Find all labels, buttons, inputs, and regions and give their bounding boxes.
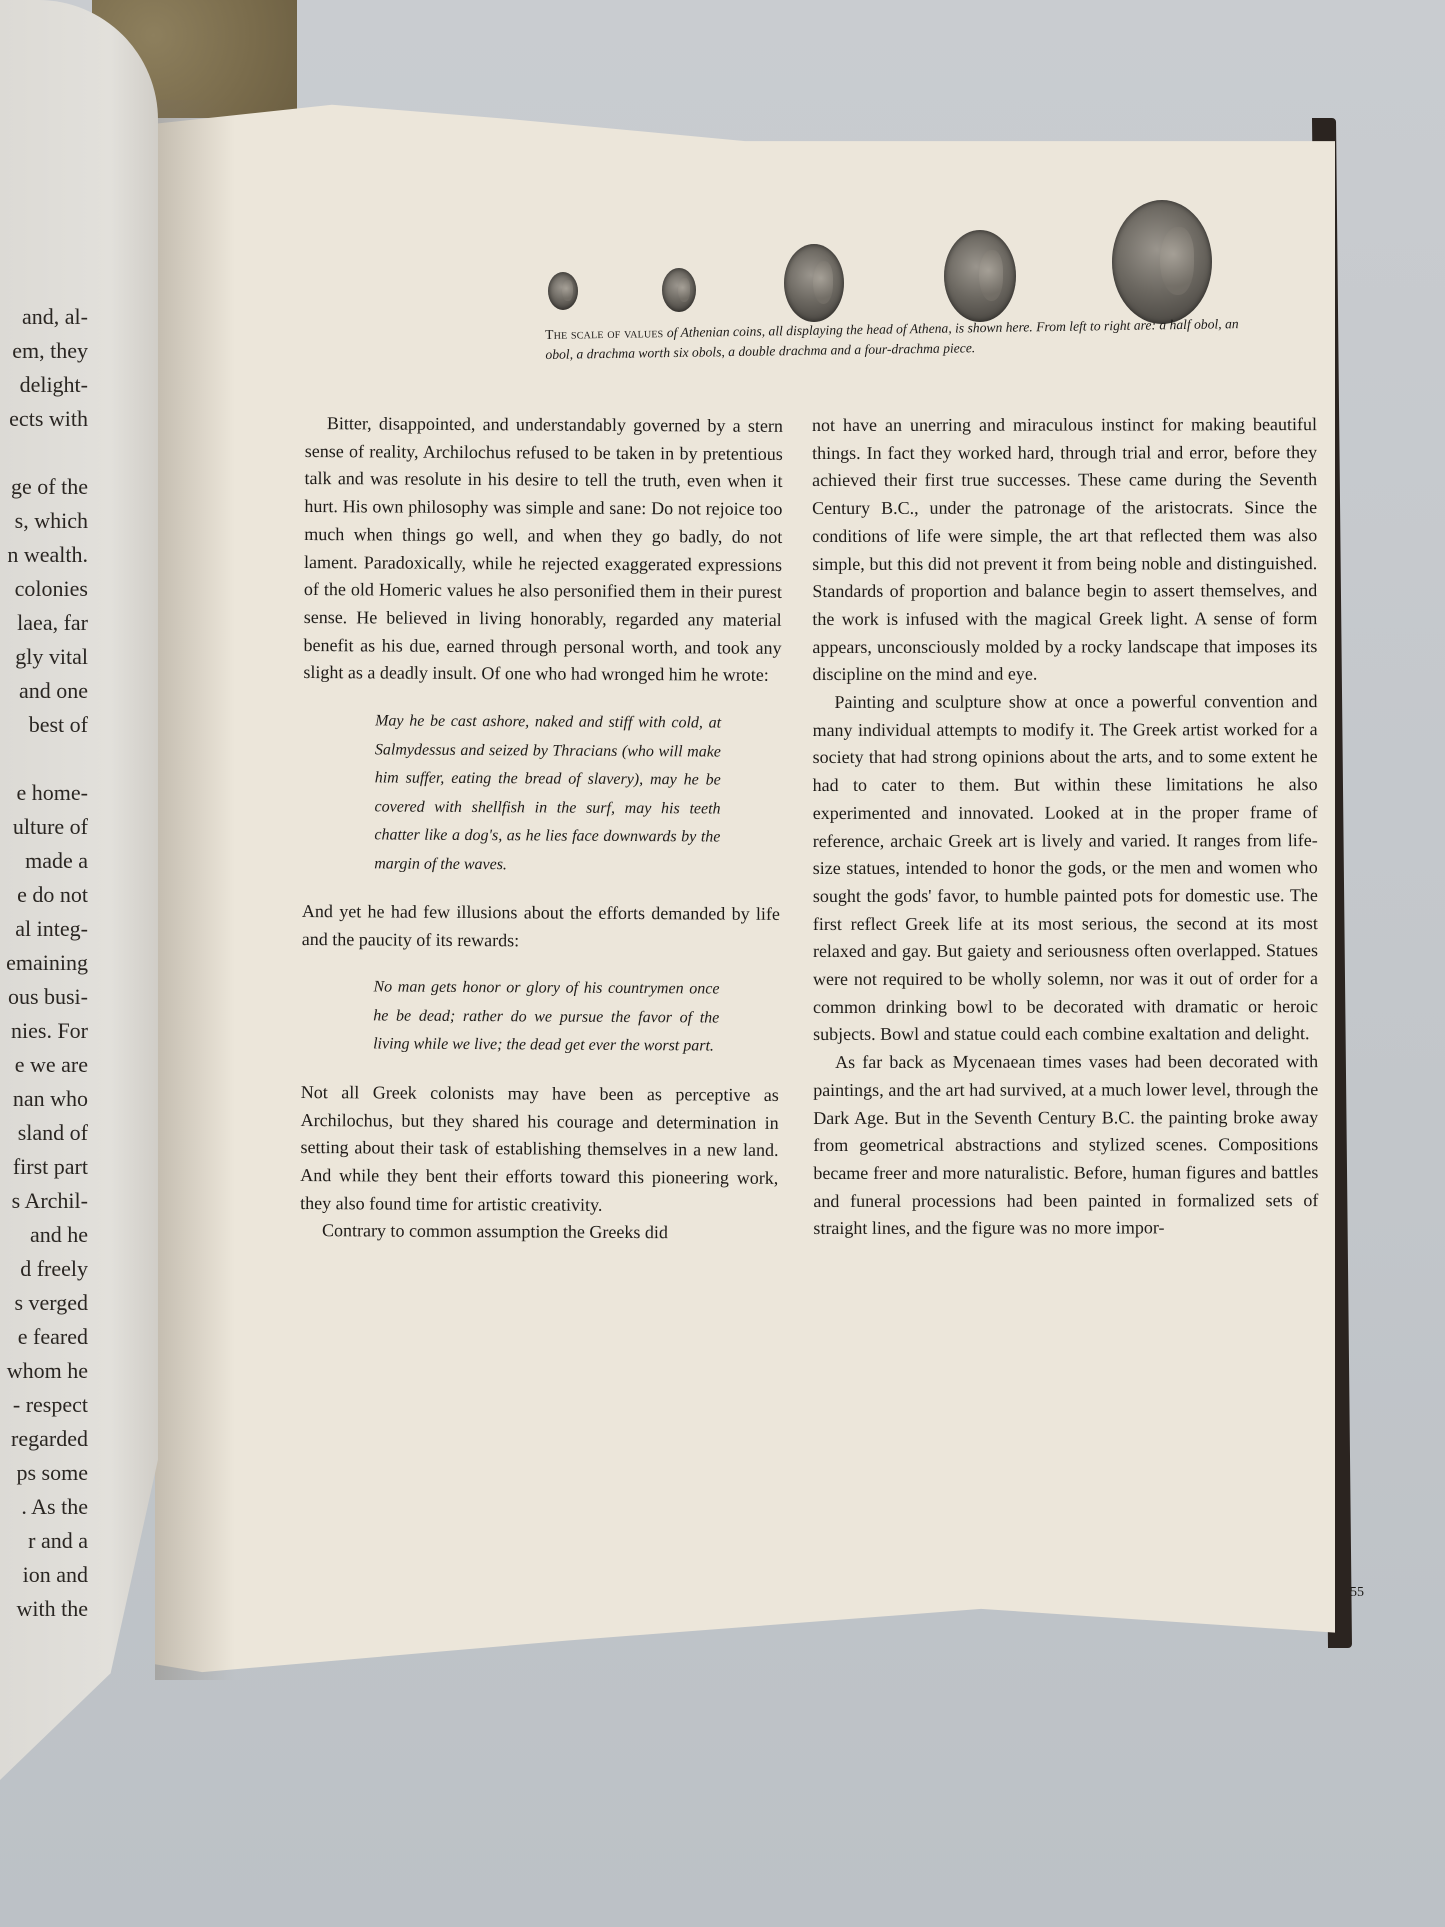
left-page-line: ous busi- bbox=[0, 980, 88, 1014]
right-text-column: not have an unerring and miraculous inst… bbox=[812, 411, 1318, 1243]
left-page-line bbox=[0, 742, 88, 776]
coin-figure bbox=[540, 188, 1260, 328]
left-page-line: ulture of bbox=[0, 810, 88, 844]
paragraph: And yet he had few illusions about the e… bbox=[302, 898, 780, 956]
left-page-line: e feared bbox=[0, 1320, 88, 1354]
left-page-line: e we are bbox=[0, 1048, 88, 1082]
paragraph: Contrary to common assumption the Greeks… bbox=[300, 1217, 778, 1248]
left-page-line: n wealth. bbox=[0, 538, 88, 572]
left-page-line: and one bbox=[0, 674, 88, 708]
left-text-column: Bitter, disappointed, and understandably… bbox=[300, 410, 783, 1248]
left-page-line: e home- bbox=[0, 776, 88, 810]
coin-half-obol-image bbox=[548, 272, 578, 310]
left-page-line: emaining bbox=[0, 946, 88, 980]
left-page-line: ion and bbox=[0, 1558, 88, 1592]
left-page-text: and, al-em, theydelight-ects with ge of … bbox=[0, 300, 88, 1626]
left-page-line: sland of bbox=[0, 1116, 88, 1150]
left-page-line: whom he bbox=[0, 1354, 88, 1388]
left-page-line: - respect bbox=[0, 1388, 88, 1422]
caption-lead: The scale of values bbox=[545, 325, 663, 342]
left-page-line bbox=[0, 436, 88, 470]
left-page-line: best of bbox=[0, 708, 88, 742]
paragraph: Bitter, disappointed, and understandably… bbox=[303, 410, 783, 690]
left-page-line: made a bbox=[0, 844, 88, 878]
left-page-line: ps some bbox=[0, 1456, 88, 1490]
left-page-line: al integ- bbox=[0, 912, 88, 946]
block-quote: May he be cast ashore, naked and stiff w… bbox=[374, 707, 721, 880]
left-page-line: s verged bbox=[0, 1286, 88, 1320]
left-page-line: ge of the bbox=[0, 470, 88, 504]
left-page: and, al-em, theydelight-ects with ge of … bbox=[0, 0, 158, 1780]
left-page-line: s, which bbox=[0, 504, 88, 538]
left-page-line: d freely bbox=[0, 1252, 88, 1286]
block-quote: No man gets honor or glory of his countr… bbox=[373, 974, 720, 1062]
paragraph: As far back as Mycenaean times vases had… bbox=[813, 1048, 1318, 1243]
left-page-line: colonies bbox=[0, 572, 88, 606]
left-page-line: and he bbox=[0, 1218, 88, 1252]
paragraph: Painting and sculpture show at once a po… bbox=[812, 688, 1318, 1049]
left-page-line: nies. For bbox=[0, 1014, 88, 1048]
left-page-line: gly vital bbox=[0, 640, 88, 674]
gutter-shadow bbox=[155, 100, 235, 1680]
left-page-line: nan who bbox=[0, 1082, 88, 1116]
left-page-line: em, they bbox=[0, 334, 88, 368]
left-page-line: and, al- bbox=[0, 300, 88, 334]
left-page-line: laea, far bbox=[0, 606, 88, 640]
left-page-line: . As the bbox=[0, 1490, 88, 1524]
left-page-line: r and a bbox=[0, 1524, 88, 1558]
coin-double-drachma-image bbox=[944, 230, 1016, 322]
left-page-line: first part bbox=[0, 1150, 88, 1184]
left-page-line: with the bbox=[0, 1592, 88, 1626]
coin-obol-image bbox=[662, 268, 696, 312]
coin-drachma-image bbox=[784, 244, 844, 322]
paragraph: not have an unerring and miraculous inst… bbox=[812, 411, 1317, 689]
left-page-line: e do not bbox=[0, 878, 88, 912]
left-page-line: ects with bbox=[0, 402, 88, 436]
left-page-line: s Archil- bbox=[0, 1184, 88, 1218]
paragraph: Not all Greek colonists may have been as… bbox=[300, 1079, 779, 1220]
coin-four-drachma-image bbox=[1112, 200, 1212, 324]
page-number: 55 bbox=[1350, 1585, 1364, 1601]
left-page-line: delight- bbox=[0, 368, 88, 402]
left-page-line: regarded bbox=[0, 1422, 88, 1456]
